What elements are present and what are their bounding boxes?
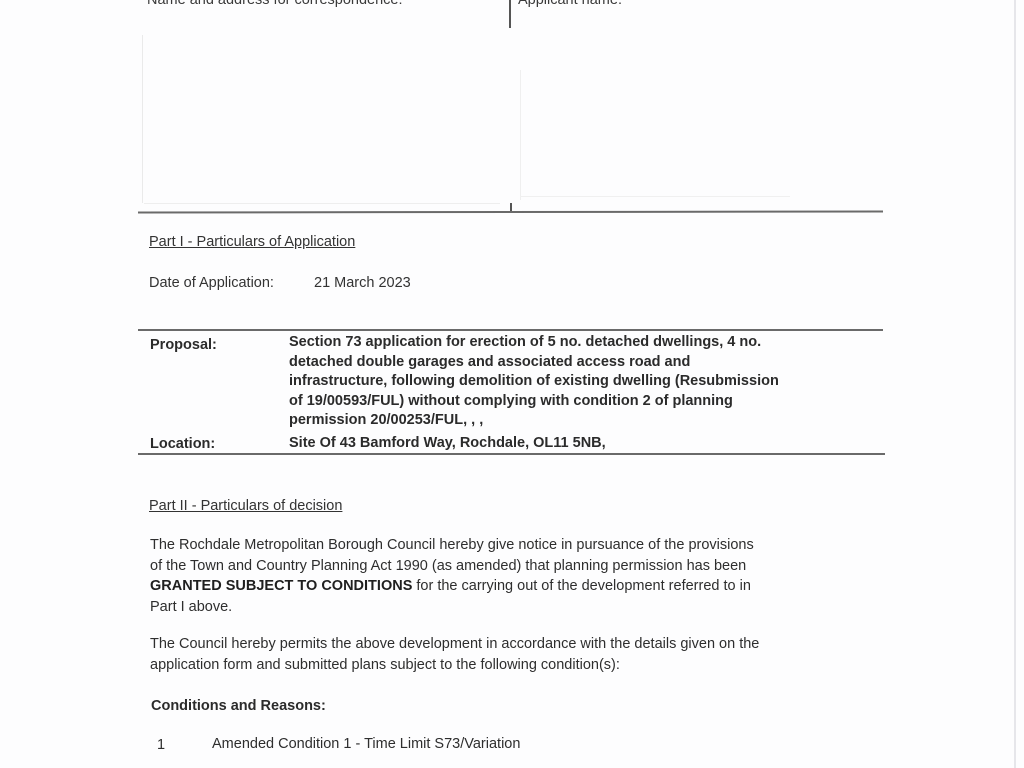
part2-heading: Part II - Particulars of decision (149, 498, 342, 514)
proposal-line: detached double garages and associated a… (289, 353, 879, 373)
condition-title: Amended Condition 1 - Time Limit S73/Var… (212, 736, 520, 752)
paragraph-text: for the carrying out of the development … (412, 578, 751, 594)
proposal-line: infrastructure, following demolition of … (289, 372, 879, 392)
proposal-line: permission 20/00253/FUL, , , (289, 411, 879, 431)
condition-number: 1 (157, 737, 165, 753)
page-edge-divider (1014, 0, 1016, 768)
location-value: Site Of 43 Bamford Way, Rochdale, OL11 5… (289, 435, 606, 451)
location-label: Location: (150, 436, 215, 452)
date-of-application-label: Date of Application: (149, 275, 274, 291)
paragraph-line: The Rochdale Metropolitan Borough Counci… (150, 535, 880, 556)
correspondence-box-border-bottom (144, 203, 500, 204)
conditions-heading: Conditions and Reasons: (151, 698, 326, 714)
paragraph-line: application form and submitted plans sub… (150, 655, 880, 676)
proposal-label: Proposal: (150, 337, 217, 353)
permission-paragraph: The Council hereby permits the above dev… (150, 634, 880, 675)
applicant-box-border (520, 70, 521, 200)
proposal-rule-top (138, 329, 883, 331)
date-of-application-value: 21 March 2023 (314, 275, 411, 291)
paragraph-line: GRANTED SUBJECT TO CONDITIONS for the ca… (150, 576, 880, 597)
part1-heading: Part I - Particulars of Application (149, 234, 355, 250)
proposal-line: Section 73 application for erection of 5… (289, 333, 879, 353)
paragraph-line: of the Town and Country Planning Act 199… (150, 556, 880, 577)
correspondence-label: Name and address for correspondence: (147, 0, 403, 8)
decision-notice-paragraph: The Rochdale Metropolitan Borough Counci… (150, 535, 880, 617)
decision-status: GRANTED SUBJECT TO CONDITIONS (150, 578, 412, 594)
document-page: Name and address for correspondence: App… (0, 0, 1024, 768)
box-divider-top (509, 0, 511, 28)
proposal-rule-bottom (138, 453, 885, 455)
applicant-box-border-bottom (520, 196, 790, 197)
paragraph-line: Part I above. (150, 597, 880, 618)
applicant-label: Applicant name: (518, 0, 622, 8)
paragraph-line: The Council hereby permits the above dev… (150, 634, 880, 655)
proposal-text: Section 73 application for erection of 5… (289, 333, 879, 431)
header-rule (138, 210, 883, 213)
correspondence-box-border (142, 35, 143, 203)
proposal-line: of 19/00593/FUL) without complying with … (289, 392, 879, 412)
